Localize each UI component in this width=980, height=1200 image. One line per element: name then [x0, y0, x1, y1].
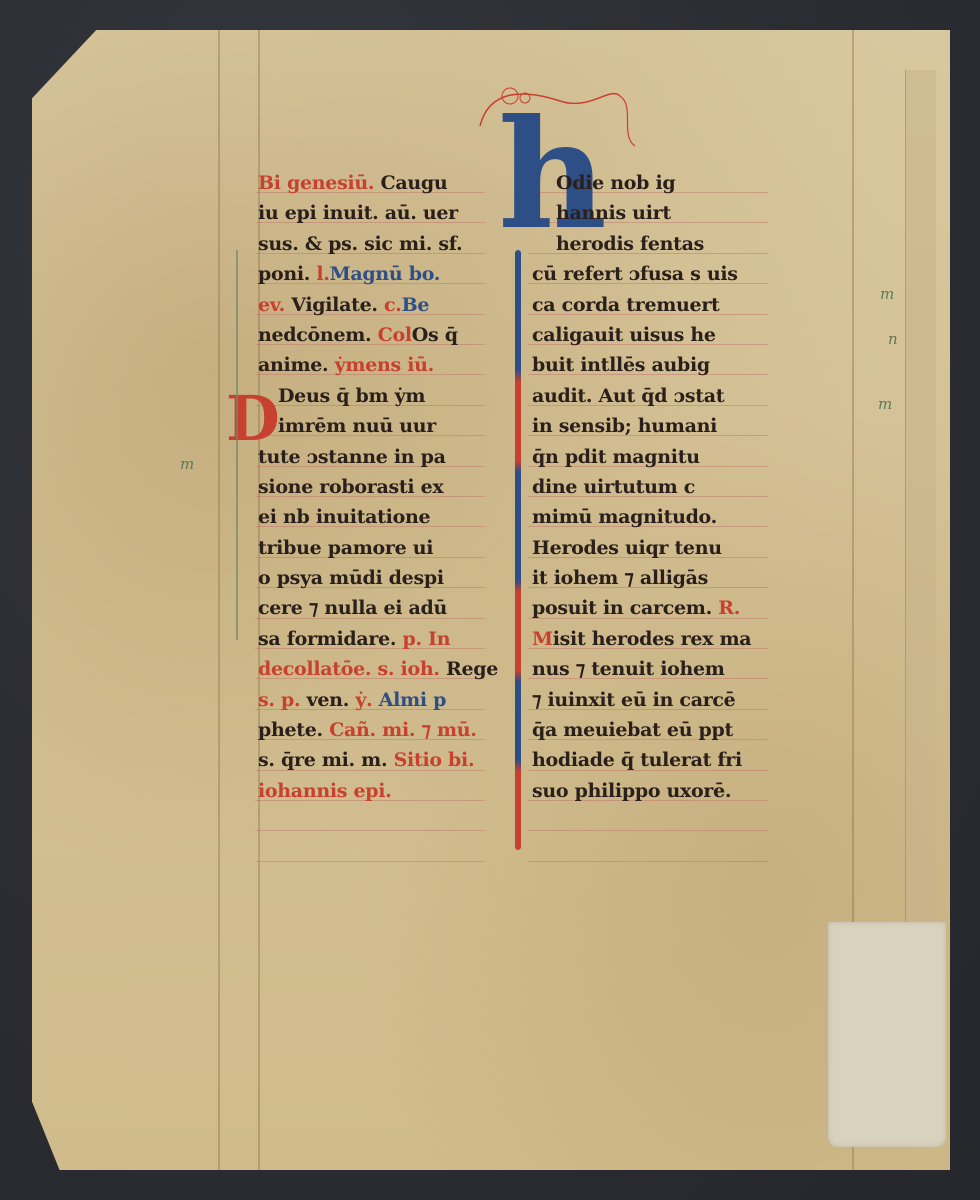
marginal-note: n: [888, 330, 898, 348]
text-line: iu epi inuit. aū. uer: [258, 198, 498, 228]
text-segment: iohannis epi.: [258, 780, 391, 802]
left-text-column: Bi genesiū. Cauguiu epi inuit. aū. uersu…: [258, 168, 498, 806]
text-segment: s. p.: [258, 689, 307, 711]
text-segment: cere ⁊ nulla ei adū: [258, 597, 447, 619]
text-line: phete. Cañ. mi. ⁊ mū.: [258, 715, 498, 745]
text-segment: sa formidare.: [258, 628, 403, 650]
text-segment: Sitio bi.: [394, 749, 475, 771]
text-segment: Rege: [446, 658, 498, 680]
text-line: herodis fentas: [532, 229, 751, 259]
text-segment: nedcōnem.: [258, 324, 378, 346]
text-line: nedcōnem. ColOs q̄: [258, 320, 498, 350]
text-line: in sensib; humani: [532, 411, 751, 441]
text-segment: Caugu: [381, 172, 448, 194]
text-segment: ei nb inuitatione: [258, 506, 430, 528]
text-line: ei nb inuitatione: [258, 502, 498, 532]
marginal-note: m: [880, 285, 894, 303]
text-segment: tute ɔstanne in pa: [258, 446, 446, 468]
text-segment: o psya mūdi despi: [258, 567, 444, 589]
text-segment: tribue pamore ui: [258, 537, 433, 559]
text-line: buit intllēs aubig: [532, 350, 751, 380]
text-segment: poni.: [258, 263, 316, 285]
paper-label-patch: [828, 922, 946, 1147]
text-line: Deus q̄ bm ẏm: [258, 381, 498, 411]
binding-strip: [905, 70, 936, 950]
text-segment: p. In: [403, 628, 451, 650]
ruling-line: [528, 861, 768, 862]
text-line: dine uirtutum c: [532, 472, 751, 502]
text-segment: decollatōe. s. ioh.: [258, 658, 446, 680]
text-segment: c.: [384, 294, 402, 316]
text-segment: ẏ.: [355, 689, 378, 711]
text-segment: ev.: [258, 294, 291, 316]
text-line: q̄a meuiebat eū ppt: [532, 715, 751, 745]
green-penwork-stem: [236, 250, 242, 640]
text-line: it iohem ⁊ alligās: [532, 563, 751, 593]
text-segment: Cañ. mi. ⁊ mū.: [329, 719, 476, 741]
text-line: nus ⁊ tenuit iohem: [532, 654, 751, 684]
text-line: s. p. ven. ẏ. Almi p: [258, 685, 498, 715]
text-line: ca corda tremuert: [532, 290, 751, 320]
text-segment: phete.: [258, 719, 329, 741]
text-line: decollatōe. s. ioh. Rege: [258, 654, 498, 684]
text-line: ev. Vigilate. c.Be: [258, 290, 498, 320]
text-segment: s. q̄re mi. m.: [258, 749, 394, 771]
text-line: q̄n pdit magnitu: [532, 442, 751, 472]
text-line: imrēm nuū uur: [258, 411, 498, 441]
text-segment: Vigilate.: [291, 294, 384, 316]
text-segment: ven.: [307, 689, 356, 711]
text-line: hodiade q̄ tulerat fri: [532, 745, 751, 775]
text-line: suo philippo uxorē.: [532, 776, 751, 806]
pen-flourish: [470, 66, 640, 166]
text-segment: imrēm nuū uur: [278, 415, 436, 437]
text-line: cū refert ɔfusa s uis: [532, 259, 751, 289]
text-segment: anime.: [258, 354, 335, 376]
text-line: ⁊ iuinxit eū in carcē: [532, 685, 751, 715]
marginal-note: m: [180, 455, 194, 473]
initial-stem-blue: [515, 250, 521, 850]
text-line: o psya mūdi despi: [258, 563, 498, 593]
text-segment: Os q̄: [412, 324, 458, 346]
text-line: sus. & ps. sic mi. sf.: [258, 229, 498, 259]
text-line: Misit herodes rex ma: [532, 624, 751, 654]
ruling-line: [255, 830, 485, 831]
text-segment: ẏmens iū.: [335, 354, 434, 376]
text-line: tribue pamore ui: [258, 533, 498, 563]
text-line: mimū magnitudo.: [532, 502, 751, 532]
text-segment: Col: [378, 324, 412, 346]
text-line: iohannis epi.: [258, 776, 498, 806]
text-segment: Almi p: [379, 689, 446, 711]
fold-line: [218, 30, 220, 1170]
text-line: hannis uirt: [532, 198, 751, 228]
text-line: caligauit uisus he: [532, 320, 751, 350]
text-line: cere ⁊ nulla ei adū: [258, 593, 498, 623]
marginal-note: m: [878, 395, 892, 413]
ruling-line: [255, 861, 485, 862]
text-line: Odie nob ig: [532, 168, 751, 198]
text-line: Herodes uiqr tenu: [532, 533, 751, 563]
text-line: posuit in carcem. R.: [532, 593, 751, 623]
text-line: s. q̄re mi. m. Sitio bi.: [258, 745, 498, 775]
text-segment: Magnū bo.: [330, 263, 440, 285]
text-segment: l.: [316, 263, 329, 285]
text-segment: sione roborasti ex: [258, 476, 443, 498]
ruling-line: [528, 830, 768, 831]
text-segment: Deus q̄ bm ẏm: [278, 385, 425, 407]
text-segment: sus. & ps. sic mi. sf.: [258, 233, 462, 255]
text-line: sa formidare. p. In: [258, 624, 498, 654]
text-segment: iu epi inuit. aū. uer: [258, 202, 458, 224]
text-segment: Bi genesiū.: [258, 172, 381, 194]
text-line: sione roborasti ex: [258, 472, 498, 502]
text-line: audit. Aut q̄d ɔstat: [532, 381, 751, 411]
text-line: poni. l.Magnū bo.: [258, 259, 498, 289]
text-line: Bi genesiū. Caugu: [258, 168, 498, 198]
text-segment: Be: [402, 294, 430, 316]
text-line: anime. ẏmens iū.: [258, 350, 498, 380]
right-text-column: Odie nob ighannis uirtherodis fentascū r…: [532, 168, 751, 806]
text-line: tute ɔstanne in pa: [258, 442, 498, 472]
